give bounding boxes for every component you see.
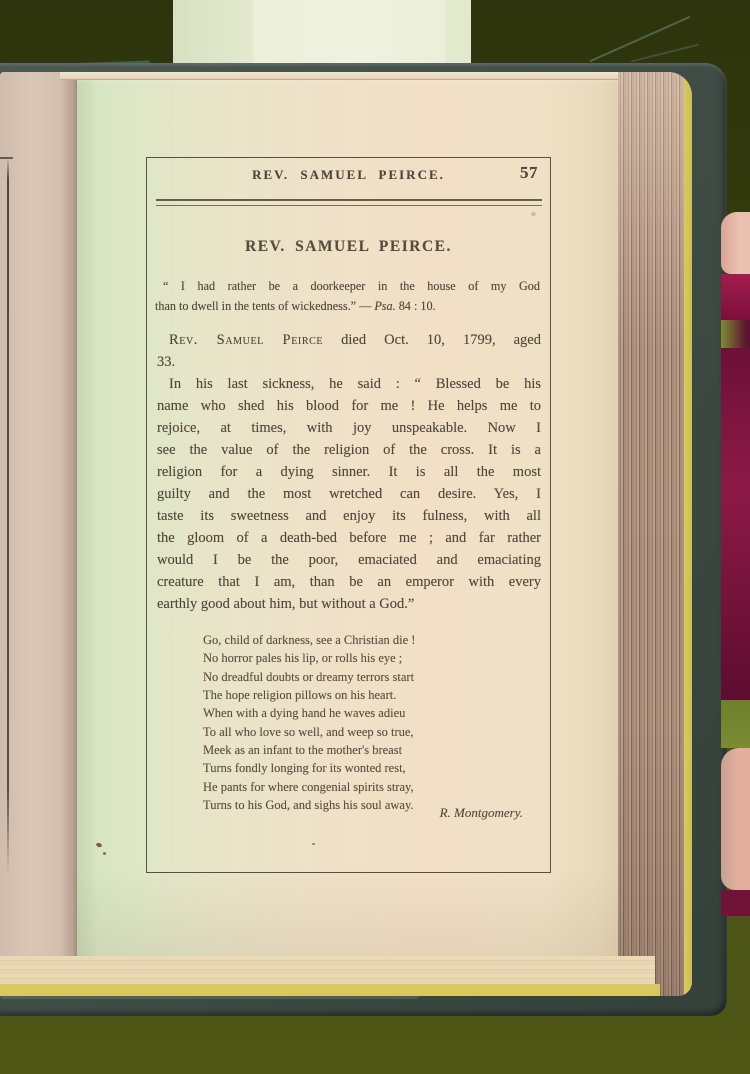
scanned-book-photo: REV. SAMUEL PEIRCE. 57 REV. SAMUEL PEIRC… xyxy=(0,0,750,1074)
poem-line: To all who love so well, and weep so tru… xyxy=(203,723,533,741)
body-line: 33. xyxy=(157,351,541,373)
poem-line: Turns fondly longing for its wonted rest… xyxy=(203,759,533,777)
body-line: the gloom of a death-bed before me ; and… xyxy=(157,527,541,549)
fingertip xyxy=(721,748,750,890)
background-gap xyxy=(721,700,750,748)
page-number: 57 xyxy=(470,163,538,183)
hand-holding-book xyxy=(721,200,750,916)
fore-edge-pages xyxy=(618,72,688,996)
body-line: In his last sickness, he said : “ Blesse… xyxy=(157,373,541,395)
body-line: would I be the poor, emaciated and emaci… xyxy=(157,549,541,571)
epigraph-line: than to dwell in the tents of wickedness… xyxy=(155,296,545,316)
epigraph-verse: 84 : 10. xyxy=(396,299,436,313)
body-line: rejoice, at times, with joy unspeakable.… xyxy=(157,417,541,439)
background-gap xyxy=(721,320,750,348)
header-double-rule xyxy=(156,199,542,206)
poem-line: Meek as an infant to the mother's breast xyxy=(203,741,533,759)
body-line: Rev. Samuel Peirce died Oct. 10, 1799, a… xyxy=(157,329,541,351)
epigraph-line: “ I had rather be a doorkeeper in the ho… xyxy=(163,276,540,296)
page-bottom-edges xyxy=(0,956,655,985)
cloth-scratch xyxy=(589,16,690,63)
poem-line: No horror pales his lip, or rolls his ey… xyxy=(203,649,533,667)
foxing-spot xyxy=(103,852,106,855)
foxing-spot xyxy=(312,843,315,845)
finger-shadow xyxy=(721,274,750,320)
body-line: name who shed his blood for me ! He help… xyxy=(157,395,541,417)
cloth-scratch xyxy=(631,44,699,63)
poem-line: No dreadful doubts or dreamy terrors sta… xyxy=(203,668,533,686)
scripture-reference: Psa. xyxy=(374,299,395,313)
page-top-edge xyxy=(60,72,618,80)
foxing-spot xyxy=(531,212,536,216)
endpaper-edge xyxy=(684,72,692,996)
facing-page-border-corner xyxy=(0,157,13,159)
poem-attribution: R. Montgomery. xyxy=(203,805,523,821)
finger-shadow xyxy=(721,348,750,700)
chapter-title: REV. SAMUEL PEIRCE. xyxy=(146,238,551,256)
facing-page-border-rule xyxy=(7,158,9,874)
poem-line: When with a dying hand he waves adieu xyxy=(203,704,533,722)
smallcaps-name: Rev. Samuel Peirce xyxy=(169,332,323,348)
body-line: taste its sweetness and enjoy its fulnes… xyxy=(157,505,541,527)
body-line: see the value of the religion of the cro… xyxy=(157,439,541,461)
fingertip xyxy=(721,212,750,274)
body-line: earthly good about him, but without a Go… xyxy=(157,593,541,615)
body-line: creature that I am, than be an emperor w… xyxy=(157,571,541,593)
body-line: guilty and the most wretched can desire.… xyxy=(157,483,541,505)
finger-shadow xyxy=(721,890,750,916)
bottom-endpaper-edge xyxy=(0,984,660,996)
poem-line: He pants for where congenial spirits str… xyxy=(203,778,533,796)
poem-line: The hope religion pillows on his heart. xyxy=(203,686,533,704)
body-line: religion for a dying sinner. It is all t… xyxy=(157,461,541,483)
epigraph-text: than to dwell in the tents of wickedness… xyxy=(155,299,374,313)
facing-page xyxy=(0,72,77,996)
poem-line: Go, child of darkness, see a Christian d… xyxy=(203,631,533,649)
